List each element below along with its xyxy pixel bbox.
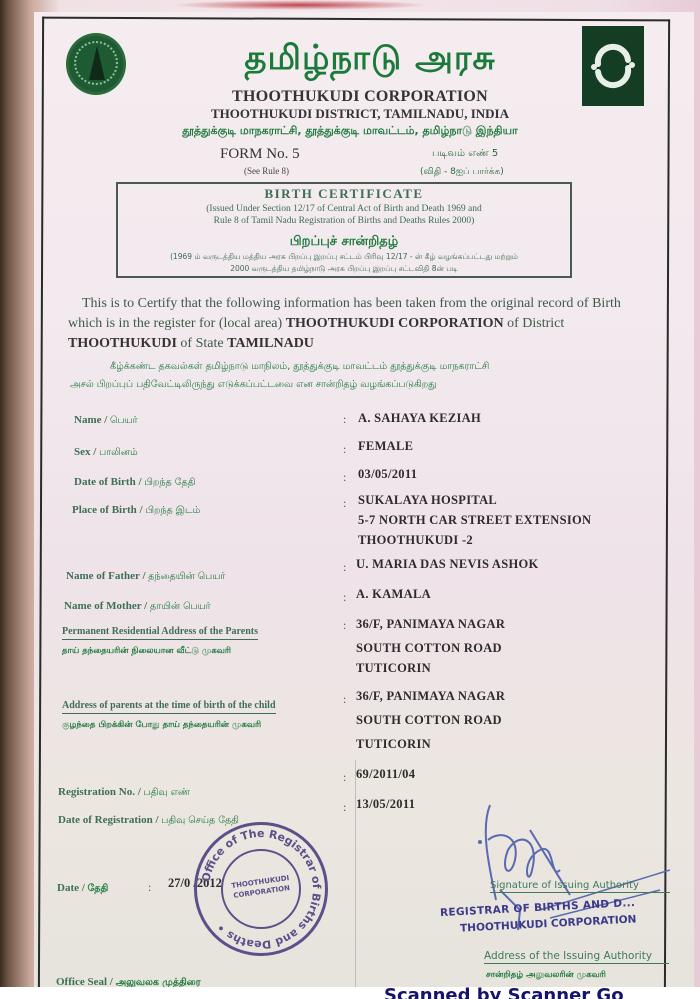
- birth-address-value: 36/F, PANIMAYA NAGAR SOUTH COTTON ROAD T…: [356, 684, 505, 756]
- certificate-title: BIRTH CERTIFICATE: [118, 186, 570, 202]
- sex-label: Sex / பாலினம்: [74, 446, 138, 459]
- address-line: 36/F, PANIMAYA NAGAR: [356, 684, 505, 708]
- government-title-tamil: தமிழ்நாடு அரசு: [200, 38, 540, 82]
- district-name: THOOTHUKUDI: [68, 336, 177, 351]
- scanner-watermark: Scanned by Scanner Go: [384, 987, 624, 999]
- dob-value: 03/05/2011: [358, 464, 417, 484]
- colon: :: [343, 770, 346, 785]
- name-value: A. SAHAYA KEZIAH: [358, 408, 481, 428]
- photo-edge-red: [170, 0, 430, 10]
- colon: :: [343, 618, 346, 633]
- registration-no-value: 69/2011/04: [356, 764, 415, 784]
- certificate-subtitle-line1: (Issued Under Section 12/17 of Central A…: [118, 204, 570, 214]
- certify-line2: which is in the register for (local area…: [68, 314, 658, 334]
- form-number-tamil: படிவம் எண் 5: [432, 148, 498, 160]
- district-line: THOOTHUKUDI DISTRICT, TAMILNADU, INDIA: [150, 106, 570, 122]
- issuing-authority-address-label: Address of the Issuing Authority: [484, 950, 669, 964]
- certify-line3: THOOTHUKUDI of State TAMILNADU: [68, 334, 658, 354]
- mother-label: Name of Mother / தாயின் பெயர்: [64, 600, 211, 613]
- registration-no-label: Registration No. / பதிவு எண்: [58, 786, 190, 799]
- colon: :: [343, 590, 346, 605]
- certificate-title-box: BIRTH CERTIFICATE (Issued Under Section …: [116, 182, 572, 278]
- certificate-subtitle-tamil-line2: 2000 வருடத்திய தமிழ்நாடு அரசு பிறப்பு இற…: [118, 264, 570, 274]
- place-label: Place of Birth / பிறந்த இடம்: [72, 504, 200, 517]
- place-line: THOOTHUKUDI -2: [358, 530, 591, 550]
- issue-date-label: Date / தேதி: [57, 882, 108, 895]
- mother-value: A. KAMALA: [356, 584, 431, 604]
- permanent-address-label: Permanent Residential Address of the Par…: [62, 626, 258, 640]
- certify-line2-prefix: which is in the register for (local area…: [68, 316, 286, 331]
- address-line-tamil: தூத்துக்குடி மாநகராட்சி, தூத்துக்குடி மா…: [110, 124, 590, 139]
- colon: :: [343, 470, 346, 485]
- birth-address-label-tamil: குழந்தை பிறக்கின் போது தாய் தந்தையரின் ம…: [62, 720, 261, 731]
- place-line: SUKALAYA HOSPITAL: [358, 490, 591, 510]
- dob-label: Date of Birth / பிறந்த தேதி: [74, 476, 195, 489]
- certify-tamil-line1: கீழ்க்கண்ட தகவல்கள் தமிழ்நாடு மாநிலம், த…: [70, 358, 660, 376]
- colon: :: [343, 496, 346, 511]
- address-line: TUTICORIN: [356, 732, 505, 756]
- colon: :: [343, 692, 346, 707]
- local-area: THOOTHUKUDI CORPORATION: [286, 316, 504, 331]
- signature-label: Signature of Issuing Authority: [490, 880, 670, 893]
- see-rule-tamil: (விதி - 8ஐப் பார்க்க): [420, 167, 504, 178]
- name-label: Name / பெயர்: [74, 414, 138, 427]
- tamilnadu-emblem-icon: [66, 33, 126, 95]
- certify-tamil-line2: அசல் பிறப்புப் பதிவேட்டிலிருந்து எடுக்கப…: [70, 376, 660, 394]
- place-value: SUKALAYA HOSPITAL 5-7 NORTH CAR STREET E…: [358, 490, 591, 550]
- colon: :: [343, 412, 346, 427]
- certify-line3-mid: of State: [177, 336, 227, 351]
- certify-paragraph: This is to Certify that the following in…: [68, 294, 658, 354]
- certificate-subtitle-tamil-line1: (1969 ம் வருடத்திய மத்திய அரசு பிறப்பு இ…: [118, 252, 570, 262]
- birth-address-label: Address of parents at the time of birth …: [62, 700, 276, 714]
- colon: :: [343, 560, 346, 575]
- issuing-authority-address-label-tamil: சான்றிதழ் அலுவலரின் முகவரி: [486, 970, 606, 981]
- address-line: SOUTH COTTON ROAD: [356, 708, 505, 732]
- permanent-address-value: 36/F, PANIMAYA NAGAR SOUTH COTTON ROAD T…: [356, 612, 505, 680]
- certify-paragraph-tamil: கீழ்க்கண்ட தகவல்கள் தமிழ்நாடு மாநிலம், த…: [70, 358, 660, 394]
- certificate-title-tamil: பிறப்புச் சான்றிதழ்: [118, 234, 570, 250]
- office-seal-stamp: Office of The Registrar of Births and De…: [194, 822, 328, 956]
- form-number: FORM No. 5: [220, 146, 300, 163]
- corporation-logo-icon: [582, 26, 644, 106]
- certify-line2-mid: of District: [504, 316, 565, 331]
- address-line: 36/F, PANIMAYA NAGAR: [356, 612, 505, 636]
- see-rule: (See Rule 8): [244, 166, 289, 176]
- corporation-name: THOOTHUKUDI CORPORATION: [150, 88, 570, 106]
- colon: :: [343, 442, 346, 457]
- registration-date-value: 13/05/2011: [356, 794, 415, 814]
- certify-line1: This is to Certify that the following in…: [68, 294, 658, 314]
- state-name: TAMILNADU: [227, 336, 314, 351]
- father-label: Name of Father / தந்தையின் பெயர்: [66, 570, 225, 583]
- place-line: 5-7 NORTH CAR STREET EXTENSION: [358, 510, 591, 530]
- colon: :: [148, 880, 151, 895]
- colon: :: [343, 800, 346, 815]
- permanent-address-label-tamil: தாய் தந்தையரின் நிலையான வீட்டு முகவரி: [62, 646, 231, 657]
- sex-value: FEMALE: [358, 436, 413, 456]
- father-value: U. MARIA DAS NEVIS ASHOK: [356, 554, 539, 574]
- certificate-subtitle-line2: Rule 8 of Tamil Nadu Registration of Bir…: [118, 216, 570, 226]
